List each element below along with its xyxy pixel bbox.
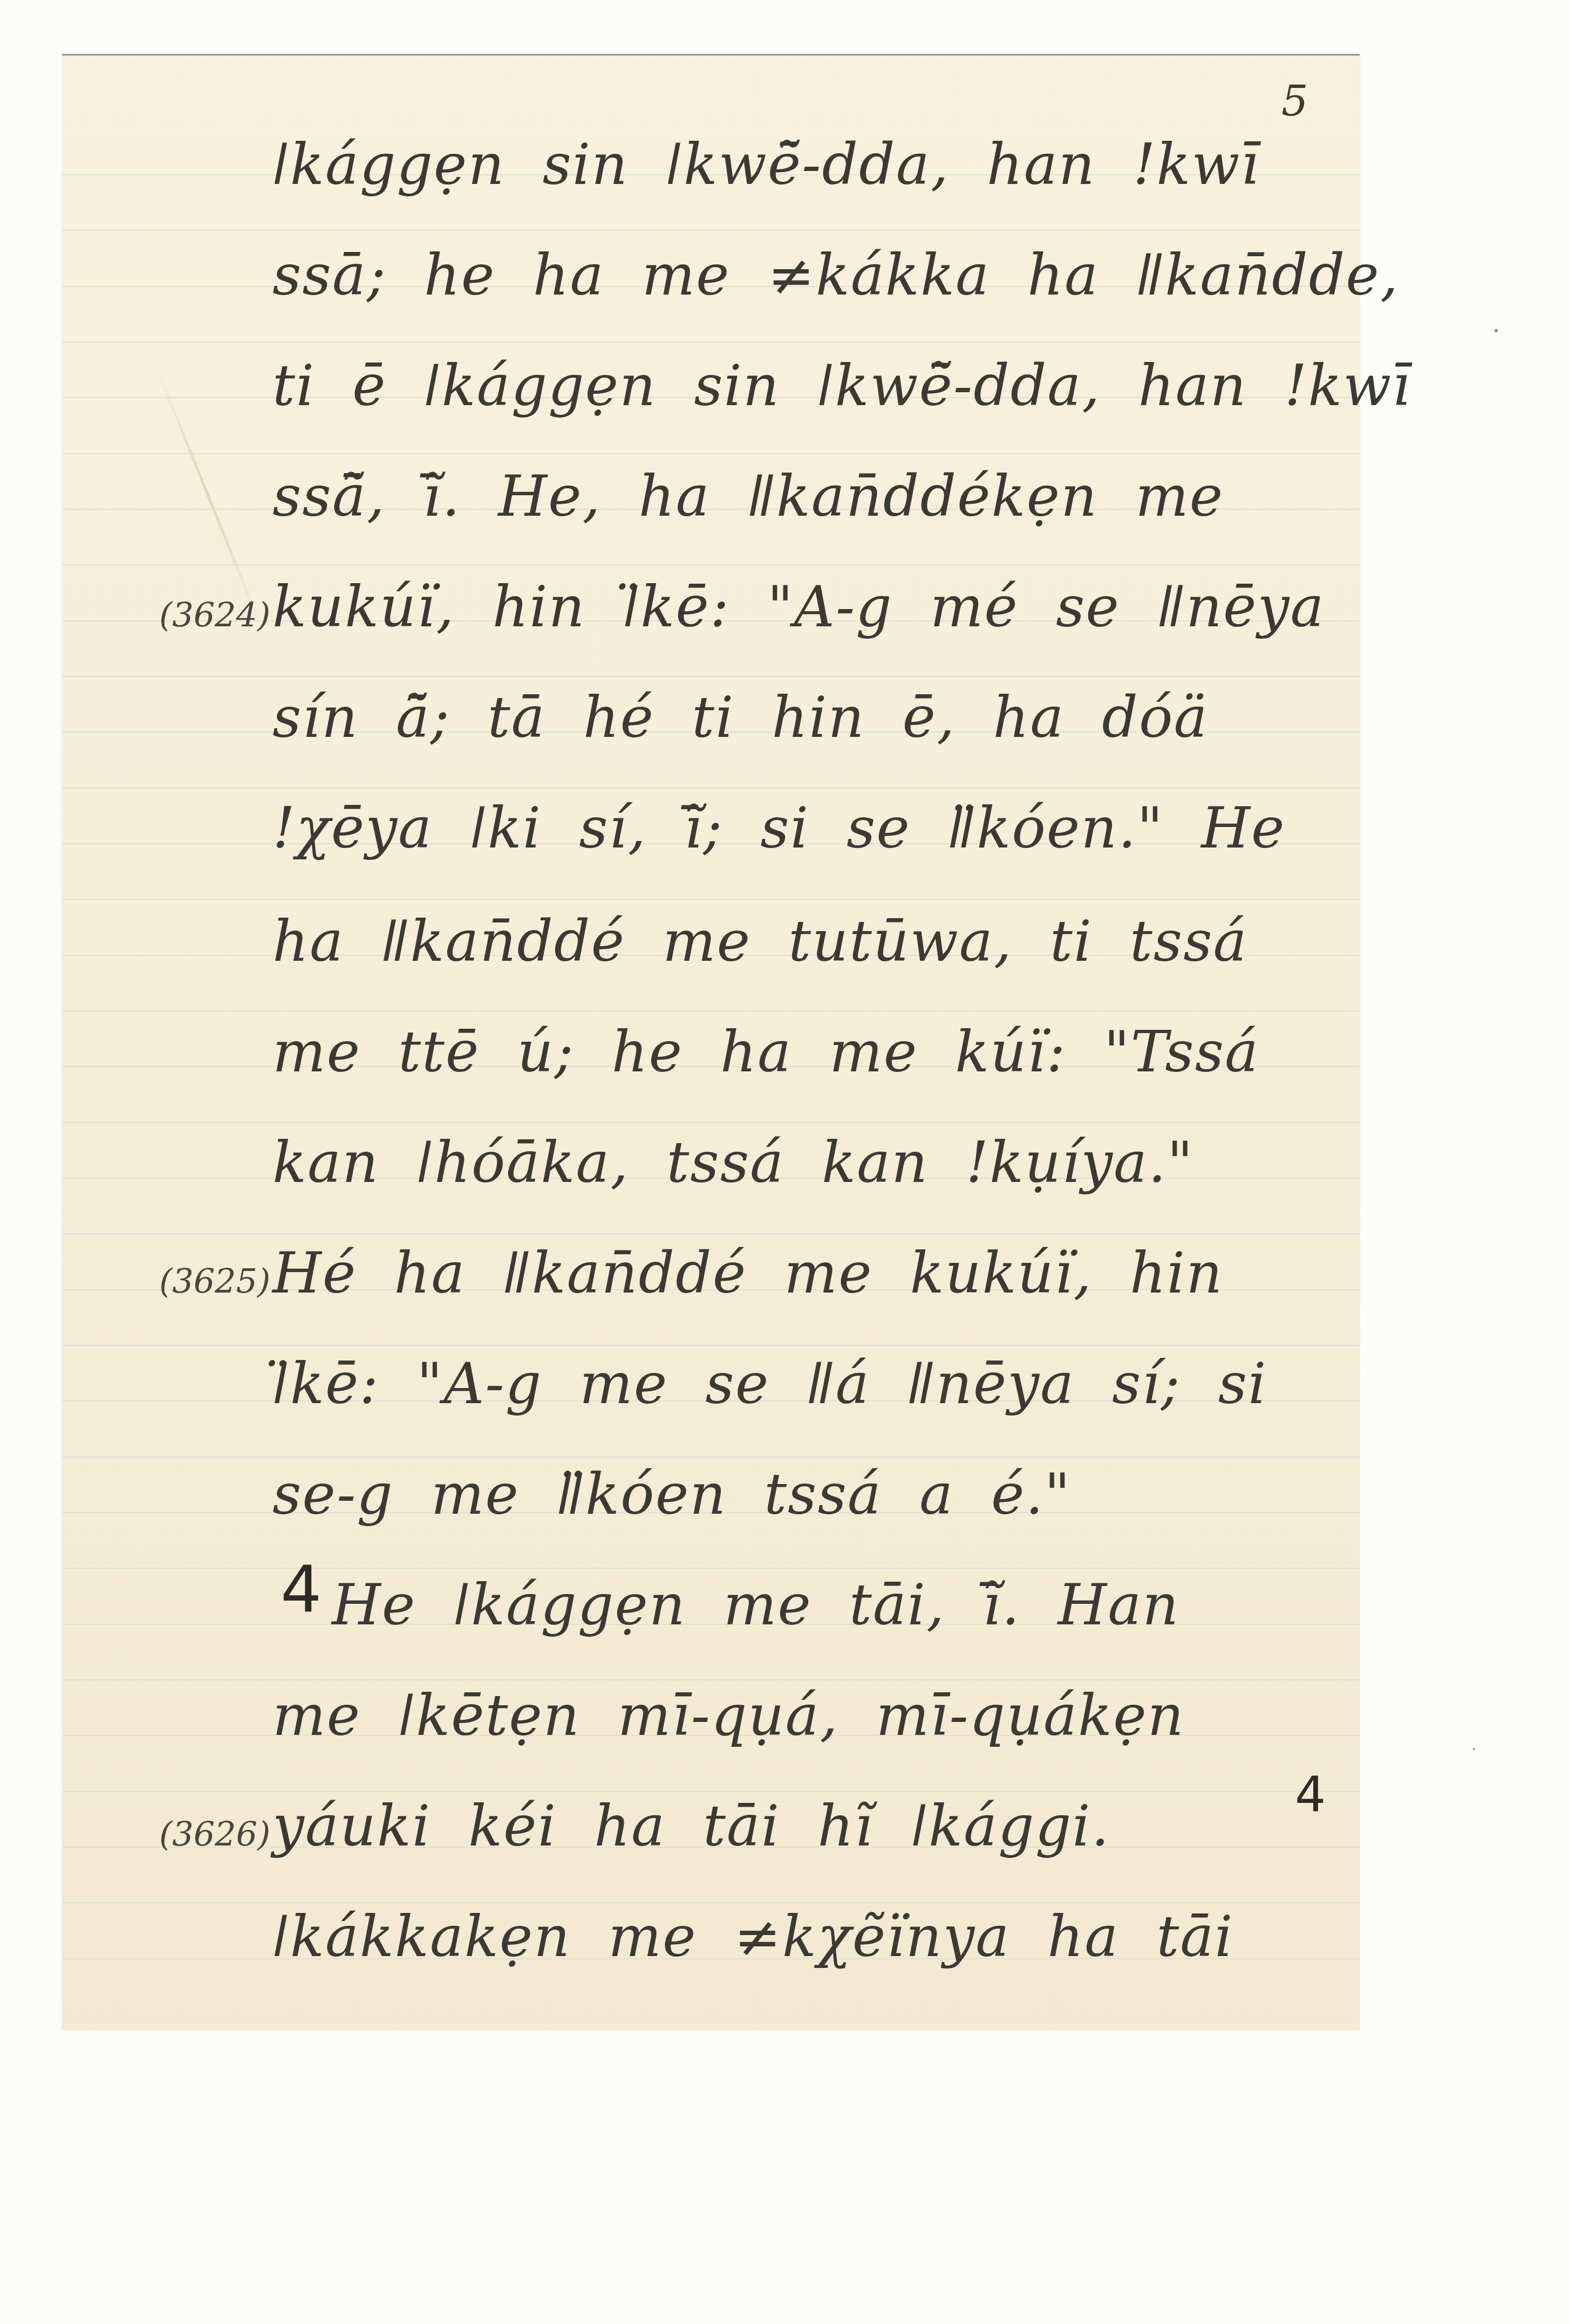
page-number: 5 xyxy=(1281,77,1308,126)
text-line-1: ǀkággẹn sin ǀkwẽ̄-dda, han !kwī xyxy=(272,136,1325,193)
text-line-5: kukúï, hin ǀ̈kē: "A-g mé se ǁnēya xyxy=(272,579,1325,635)
ruled-line xyxy=(62,341,1360,343)
ruled-line xyxy=(62,899,1360,900)
manuscript-page: 5 ǀkággẹn sin ǀkwẽ̄-dda, han !kwī ssā; h… xyxy=(62,54,1360,2030)
text-line-6: sín ã̄; tā hé ti hin ē, ha dóä xyxy=(272,689,1325,746)
ruled-line xyxy=(62,230,1360,231)
margin-number-3624: (3624) xyxy=(159,595,270,634)
ruled-line xyxy=(62,1457,1360,1458)
text-line-17: ǀkákkakẹn me ≠kχẽïnya ha tāi xyxy=(272,1909,1325,1965)
text-line-9: me ttē ú; he ha me kúï: "Tssá xyxy=(272,1024,1325,1080)
margin-number-3626: (3626) xyxy=(159,1814,270,1854)
text-line-16: yáuki kéi ha tāi hĩ ǀkággi. xyxy=(272,1798,1325,1854)
text-line-14: He ǀkággẹn me tāi, ĩ̄. Han xyxy=(332,1577,1384,1633)
ruled-line xyxy=(62,1122,1360,1123)
margin-number-3625: (3625) xyxy=(159,1261,270,1301)
ruled-line xyxy=(62,1791,1360,1792)
ruled-line xyxy=(62,1902,1360,1903)
ruled-line xyxy=(62,1568,1360,1569)
text-line-11: Hé ha ǁkan̄ddé me kukúï, hin xyxy=(272,1245,1325,1301)
insertion-mark-4-start: 4 xyxy=(281,1558,322,1623)
text-line-7: !χēya ǀki sí, ĩ̄; si se ǁ̈kóen." He xyxy=(272,800,1325,856)
scan-speck xyxy=(1473,1748,1475,1750)
ruled-line xyxy=(62,1345,1360,1346)
text-line-3: ti ē ǀkággẹn sin ǀkwẽ̄-dda, han !kwī xyxy=(272,358,1325,414)
ruled-line xyxy=(62,676,1360,677)
text-line-15: me ǀkētẹn mī-qụá, mī-qụákẹn xyxy=(272,1687,1325,1744)
ruled-line xyxy=(62,788,1360,789)
paper-crease xyxy=(155,367,263,628)
ruled-line xyxy=(62,1233,1360,1234)
ruled-line xyxy=(62,1010,1360,1011)
scan-speck xyxy=(1495,329,1498,332)
text-line-4: ssā̃, ĩ̄. He, ha ǁkan̄ddékẹn me xyxy=(272,468,1325,524)
ruled-line xyxy=(62,564,1360,565)
text-line-10: kan ǀhóāka, tssá kan !kụíya." xyxy=(272,1134,1325,1191)
text-line-12: ǀ̈kē: "A-g me se ǁá ǁnēya sí; si xyxy=(272,1356,1325,1412)
ruled-line xyxy=(62,1679,1360,1680)
text-line-13: se-g me ǁ̈kóen tssá a é." xyxy=(272,1466,1325,1522)
insertion-mark-4-end: 4 xyxy=(1295,1771,1326,1820)
ruled-line xyxy=(62,453,1360,454)
text-line-8: ha ǁkan̄ddé me tutūwa, ti tssá xyxy=(272,913,1325,969)
text-line-2: ssā; he ha me ≠kákka ha ǁkan̄dde, xyxy=(272,247,1325,303)
